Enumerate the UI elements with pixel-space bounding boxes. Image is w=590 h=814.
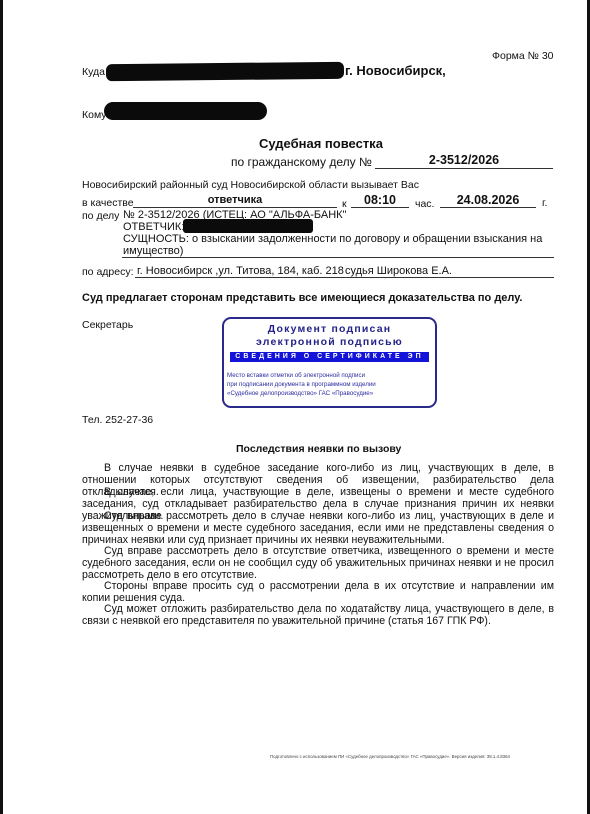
paragraph-4: Суд вправе рассмотреть дело в отсутствие… [82, 546, 554, 581]
stamp-note-line3: «Судебное делопроизводство» ГАС «Правосу… [227, 390, 373, 397]
stamp-title-line2: электронной подписью [224, 336, 435, 348]
case-label: по гражданскому делу № [231, 155, 372, 169]
case-ref-underline [122, 257, 554, 258]
stamp-note-line2: при подписании документа в программном и… [227, 381, 376, 388]
certificate-info-band: СВЕДЕНИЯ О СЕРТИФИКАТЕ ЭП [230, 352, 429, 362]
date-value: 24.08.2026 [440, 193, 536, 208]
to-city: г. Новосибирск, [345, 63, 446, 78]
redaction-recipient [104, 102, 267, 120]
evidence-notice: Суд предлагает сторонам представить все … [82, 292, 522, 304]
case-ref-line3: СУЩНОСТЬ: о взыскании задолженности по д… [123, 233, 542, 245]
consequences-heading: Последствия неявки по вызову [236, 443, 401, 455]
redaction-address [106, 62, 344, 81]
case-number: 2-3512/2026 [375, 153, 553, 169]
scan-edge-left [0, 0, 3, 814]
phone-number: Тел. 252-27-36 [82, 414, 153, 426]
time-suffix: час. [415, 198, 434, 210]
address-label: по адресу: [82, 266, 134, 278]
date-suffix: г. [542, 197, 547, 209]
case-ref-line2: ОТВЕТЧИК: [123, 221, 184, 233]
stamp-title-line1: Документ подписан [224, 323, 435, 335]
case-ref-label: по делу [82, 210, 119, 222]
form-number: Форма № 30 [492, 50, 554, 62]
paragraph-6: Суд может отложить разбирательство дела … [82, 604, 554, 628]
court-summons: Новосибирский районный суд Новосибирской… [82, 179, 419, 191]
redaction-defendant [183, 219, 313, 233]
address-value: г. Новосибирск ,ул. Титова, 184, каб. 21… [137, 265, 344, 277]
address-underline [135, 277, 554, 278]
role-value: ответчика [133, 194, 337, 208]
time-value: 08:10 [351, 193, 409, 208]
case-ref-line4: имущество) [123, 245, 183, 257]
secretary-label: Секретарь [82, 319, 133, 331]
document-title: Судебная повестка [259, 136, 383, 151]
role-label: в качестве [82, 197, 134, 209]
whom-label: Кому [82, 109, 107, 121]
software-footer: Подготовлено с использованием ПИ «Судебн… [270, 754, 510, 759]
paragraph-3: Суд вправе рассмотреть дело в случае нея… [82, 511, 554, 546]
paragraph-5: Стороны вправе просить суд о рассмотрени… [82, 581, 554, 605]
stamp-note-line1: Место вставки отметки об электронной под… [227, 372, 365, 379]
to-label: Куда: [82, 66, 108, 78]
e-signature-stamp: Документ подписан электронной подписью С… [222, 317, 437, 408]
judge-name: судья Широкова Е.А. [345, 265, 452, 277]
